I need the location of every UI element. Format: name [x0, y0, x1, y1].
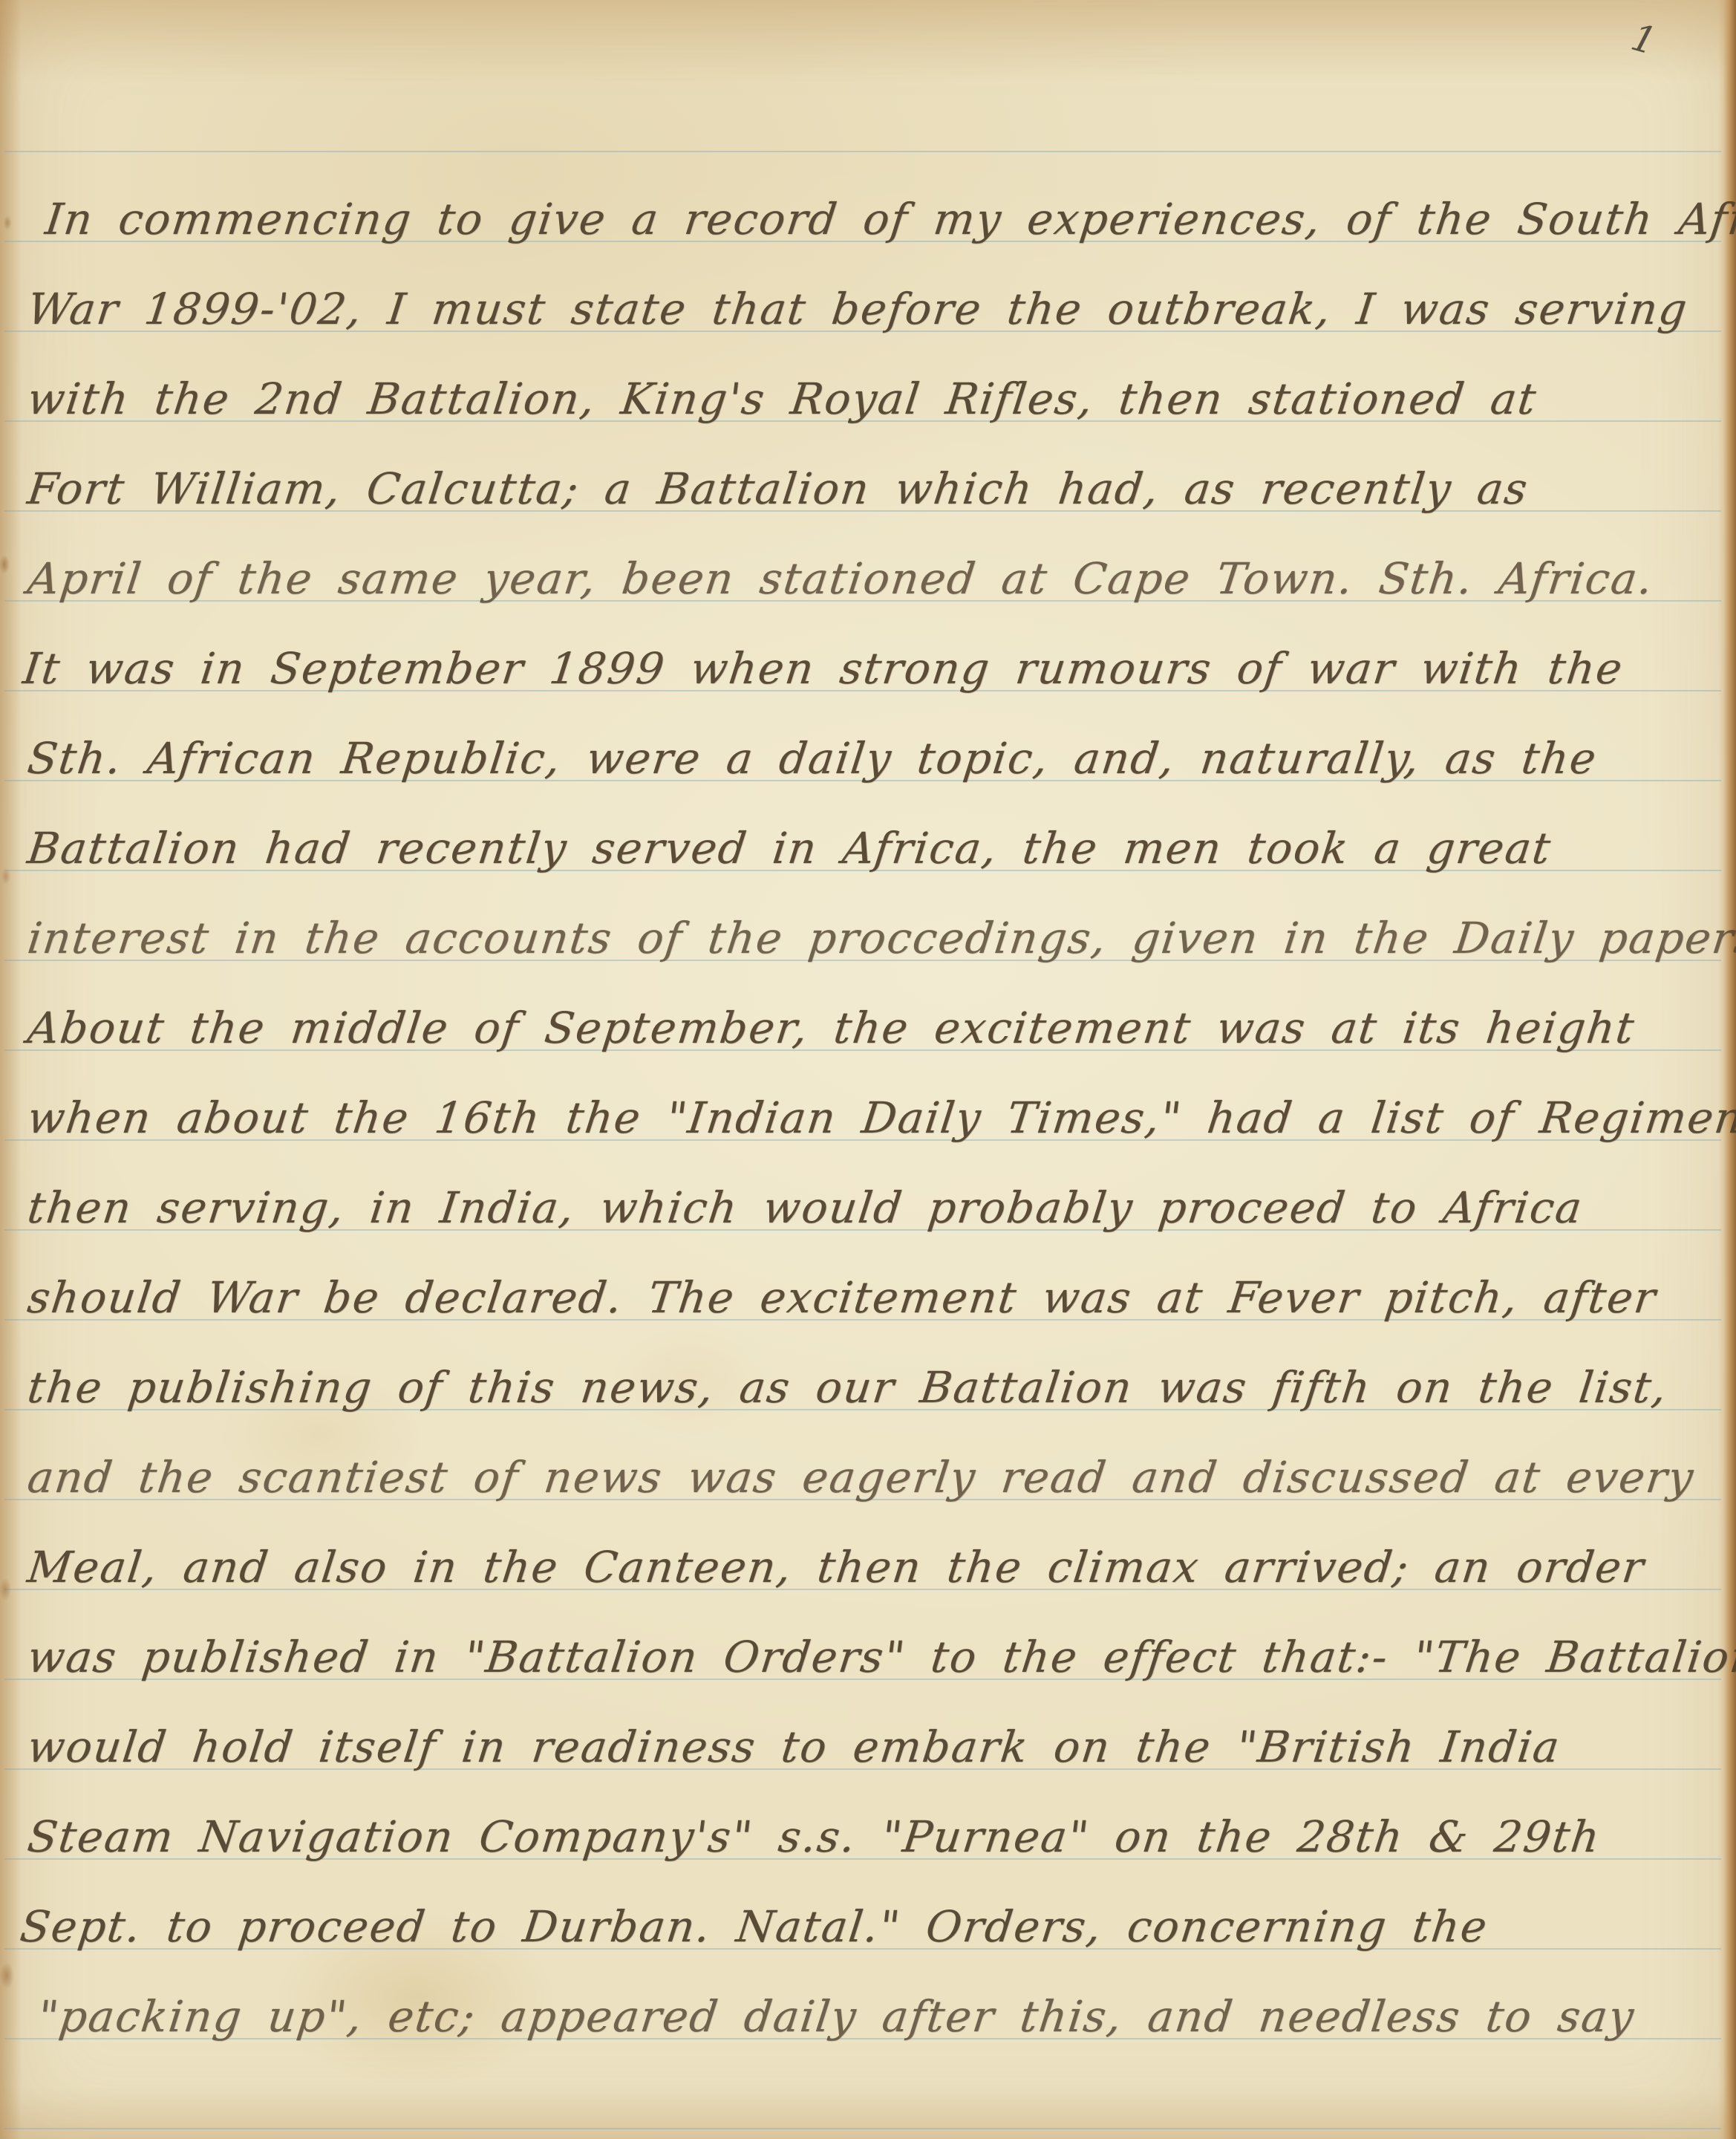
manuscript-line: It was in September 1899 when strong rum… — [21, 647, 1626, 690]
manuscript-line: In commencing to give a record of my exp… — [43, 198, 1736, 241]
manuscript-line: War 1899-'02, I must state that before t… — [25, 287, 1691, 331]
manuscript-line: Sth. African Republic, were a daily topi… — [25, 737, 1599, 780]
manuscript-line: interest in the accounts of the proccedi… — [25, 917, 1736, 960]
manuscript-line: About the middle of September, the excit… — [25, 1006, 1637, 1049]
manuscript-line: when about the 16th the "Indian Daily Ti… — [25, 1096, 1736, 1139]
page-edge — [1718, 0, 1736, 2139]
manuscript-line: "packing up", etc; appeared daily after … — [36, 1995, 1637, 2038]
binding-edge — [0, 0, 21, 2139]
manuscript-line: Fort William, Calcutta; a Battalion whic… — [25, 467, 1531, 510]
manuscript-line: should War be declared. The excitement w… — [25, 1276, 1659, 1319]
manuscript-line: Meal, and also in the Canteen, then the … — [25, 1546, 1647, 1589]
manuscript-line: April of the same year, been stationed a… — [25, 557, 1656, 600]
manuscript-page: 1 In commencing to give a record of my e… — [0, 0, 1736, 2139]
manuscript-line: Sept. to proceed to Durban. Natal." Orde… — [18, 1905, 1490, 1948]
manuscript-line: was published in "Battalion Orders" to t… — [25, 1635, 1736, 1679]
manuscript-line: with the 2nd Battalion, King's Royal Rif… — [25, 377, 1539, 420]
manuscript-line: Battalion had recently served in Africa,… — [25, 827, 1554, 870]
manuscript-line: would hold itself in readiness to embark… — [25, 1725, 1563, 1768]
manuscript-line: then serving, in India, which would prob… — [25, 1186, 1585, 1229]
manuscript-line: the publishing of this news, as our Batt… — [25, 1366, 1670, 1409]
manuscript-line: and the scantiest of news was eagerly re… — [25, 1456, 1697, 1499]
manuscript-line: Steam Navigation Company's" s.s. "Purnea… — [25, 1815, 1603, 1858]
page-number: 1 — [1628, 19, 1660, 61]
